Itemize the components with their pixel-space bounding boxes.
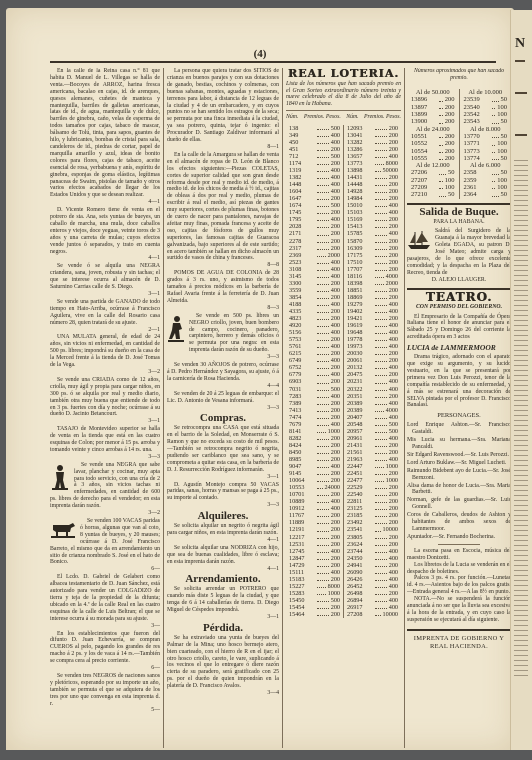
header-num: Núm.	[346, 114, 358, 121]
prize-amount: 200	[389, 491, 398, 498]
ticket-number: 27208	[347, 611, 373, 618]
leader-dots	[439, 96, 443, 101]
lottery-title: REAL LOTERIA.	[286, 71, 401, 78]
lottery-row: 10889400	[289, 498, 340, 505]
prize-amount: 400	[331, 301, 340, 308]
ticket-number: 22477	[347, 477, 373, 484]
ticket-number: 2278	[289, 238, 315, 245]
ticket-number: 21561	[347, 449, 373, 456]
prize-amount: 200	[389, 505, 398, 512]
prize-amount: 500	[331, 597, 340, 604]
ticket-number: 11889	[289, 519, 315, 526]
lottery-row: 2317200	[289, 245, 340, 252]
prize-amount: 10000	[383, 526, 398, 533]
approx-row: 2353950	[464, 96, 508, 103]
leader-dots	[375, 576, 387, 581]
ticket-number: 8424	[289, 442, 315, 449]
lottery-row: 11767200	[289, 512, 340, 519]
prize-amount: 400	[331, 216, 340, 223]
lottery-row: 7389200	[289, 400, 340, 407]
lottery-row: 14729200	[289, 562, 340, 569]
leader-dots	[375, 505, 387, 510]
alquileres-title: Alquileres.	[167, 513, 279, 520]
prize-amount: 200	[331, 541, 340, 548]
lottery-row: 6752200	[289, 364, 340, 371]
prize-amount: 500	[331, 386, 340, 393]
prize-amount: 50	[501, 96, 508, 103]
ticket-number: 23541	[347, 526, 373, 533]
classified-ad: Se solicita alquilar una NODRIZA con hij…	[167, 545, 279, 573]
ticket-number: 7474	[289, 414, 315, 421]
prize-amount: 100	[497, 177, 507, 184]
header-premios: Premios. Pesos.	[364, 114, 401, 121]
lottery-row: 15464200	[289, 611, 340, 618]
leader-dots	[317, 223, 329, 228]
leader-dots	[375, 357, 387, 362]
lottery-row: 183982000	[347, 280, 398, 287]
prize-amount: 50	[448, 169, 455, 176]
lottery-row: 23805200	[347, 534, 398, 541]
prize-amount: 400	[389, 322, 398, 329]
ad-code: 3—3	[167, 405, 279, 412]
lottery-row: 11889200	[289, 519, 340, 526]
leader-dots	[317, 569, 329, 574]
ticket-number: 27209	[411, 184, 437, 191]
classified-ad: TASAJO de Montevideo superior se halla d…	[50, 426, 160, 461]
prize-amount: 2000	[386, 280, 398, 287]
lottery-row: 8450200	[289, 449, 340, 456]
ticket-number: 23542	[464, 111, 490, 118]
lottery-row: 1795400	[289, 216, 340, 223]
prize-amount: 400	[331, 498, 340, 505]
prize-amount: 200	[331, 350, 340, 357]
ticket-number: 12745	[289, 548, 315, 555]
classified-ad: Se venden tres NEGROS de naciones sanos …	[50, 673, 160, 714]
lottery-row: 20407400	[347, 414, 398, 421]
ticket-number: 7413	[289, 407, 315, 414]
ticket-number: 19648	[347, 329, 373, 336]
leader-dots	[317, 209, 329, 214]
lottery-row: 8282200	[289, 435, 340, 442]
leader-dots	[375, 449, 387, 454]
prize-amount: 200	[389, 393, 398, 400]
column-announcements: Números aproximados que han sacado premi…	[407, 68, 511, 753]
lottery-row: 1604400	[289, 188, 340, 195]
leader-dots	[375, 301, 387, 306]
leader-dots	[492, 169, 499, 174]
ticket-number: 26452	[347, 583, 373, 590]
approx-row: 13897200	[411, 104, 455, 111]
leader-dots	[317, 343, 329, 348]
short-rule	[438, 544, 480, 545]
ticket-number: 13773	[464, 148, 490, 155]
ad-code: 8—8	[167, 262, 279, 269]
lottery-row: 20132400	[347, 364, 398, 371]
lottery-row: 5156400	[289, 329, 340, 336]
leader-dots	[375, 322, 387, 327]
leader-dots	[439, 140, 443, 145]
ticket-number: 15103	[347, 209, 373, 216]
ticket-number: 8282	[289, 435, 315, 442]
leader-dots	[317, 364, 329, 369]
ticket-number: 9145	[289, 470, 315, 477]
lottery-row: 18851200	[347, 287, 398, 294]
lottery-row: 23492200	[347, 519, 398, 526]
leader-dots	[375, 273, 384, 278]
lottery-row: 19973400	[347, 343, 398, 350]
lottery-row: 12093200	[347, 125, 398, 132]
lottery-row: 17175200	[347, 252, 398, 259]
ad-code: 3—4	[167, 690, 279, 697]
classified-ad: Se solicita arrendar un POTRERO que cuan…	[167, 586, 279, 621]
prize-amount: 400	[331, 266, 340, 273]
leader-dots	[375, 569, 387, 574]
lottery-row: 22540200	[347, 491, 398, 498]
leader-dots	[375, 350, 387, 355]
prize-amount: 200	[331, 442, 340, 449]
ticket-number: 1745	[289, 209, 315, 216]
prize-amount: 200	[331, 456, 340, 463]
leader-dots	[317, 132, 329, 137]
ticket-number: 21431	[347, 442, 373, 449]
page-number: (4)	[6, 48, 514, 60]
ticket-number: 19619	[347, 322, 373, 329]
leader-dots	[492, 104, 496, 109]
ad-code: 3—	[50, 623, 160, 630]
teatro-libretos: Los libretos de la Lucia se venderán en …	[407, 562, 511, 576]
ad-code: 3—3	[167, 502, 279, 509]
lottery-row: 3559400	[289, 287, 340, 294]
prize-amount: 200	[389, 315, 398, 322]
leader-dots	[317, 463, 329, 468]
prize-amount: 400	[331, 139, 340, 146]
ticket-number: 138	[289, 125, 315, 132]
leader-dots	[375, 456, 387, 461]
lottery-row: 7283400	[289, 393, 340, 400]
lottery-row: 1448400	[289, 181, 340, 188]
prize-amount: 4000	[386, 273, 398, 280]
ticket-number: 2028	[289, 223, 315, 230]
prize-amount: 200	[331, 364, 340, 371]
prize-amount: 400	[389, 336, 398, 343]
ticket-number: 22451	[347, 470, 373, 477]
lottery-row: 1382400	[289, 174, 340, 181]
prize-amount: 400	[389, 308, 398, 315]
lottery-row: 450400	[289, 139, 340, 146]
ticket-number: 23805	[347, 534, 373, 541]
lottery-row: 20957500	[347, 428, 398, 435]
prize-amount: 200	[445, 155, 455, 162]
prize-amount: 200	[389, 252, 398, 259]
ticket-number: 14729	[289, 562, 315, 569]
leader-dots	[317, 139, 329, 144]
prize-amount: 200	[389, 132, 398, 139]
prize-amount: 200	[389, 238, 398, 245]
classified-ad: El Lcdo. D. Gabriel de Gelabert como alb…	[50, 574, 160, 629]
leader-dots	[317, 174, 329, 179]
approx-heading: Al de 12.000	[411, 162, 455, 169]
ticket-number: 3300	[289, 280, 315, 287]
ticket-number: 15169	[347, 216, 373, 223]
approx-table: Al de 50.0001389620013897200138992001390…	[407, 89, 511, 198]
approx-row: 2359100	[464, 177, 508, 184]
leader-dots	[375, 463, 384, 468]
leader-dots	[375, 378, 387, 383]
prize-amount: 400	[389, 583, 398, 590]
leader-dots	[317, 245, 329, 250]
prize-amount: 200	[389, 266, 398, 273]
prize-amount: 1000	[386, 477, 398, 484]
leader-dots	[375, 308, 387, 313]
leader-dots	[375, 548, 387, 553]
ticket-number: 23539	[464, 96, 490, 103]
leader-dots	[492, 96, 499, 101]
ticket-number: 13286	[347, 146, 373, 153]
opera-title: LUCIA de LAMMERMOOR	[407, 343, 511, 352]
leader-dots	[317, 597, 329, 602]
prize-amount: 200	[331, 209, 340, 216]
leader-dots	[317, 181, 329, 186]
prize-amount: 200	[331, 294, 340, 301]
ticket-number: 20132	[347, 364, 373, 371]
lottery-row: 6903200	[289, 378, 340, 385]
lottery-row: 19402400	[347, 308, 398, 315]
approx-title: Números aproximados que han sacado premi…	[407, 68, 511, 81]
ad-code: 5—	[50, 707, 160, 714]
prize-amount: 200	[389, 371, 398, 378]
lottery-row: 14431200	[347, 174, 398, 181]
leader-dots	[492, 133, 499, 138]
lottery-row: 20548500	[347, 421, 398, 428]
prize-amount: 200	[445, 140, 455, 147]
prize-amount: 200	[445, 111, 455, 118]
prize-amount: 400	[389, 153, 398, 160]
prize-amount: 200	[331, 491, 340, 498]
prize-amount: 200	[331, 230, 340, 237]
ticket-number: 2171	[289, 230, 315, 237]
leader-dots	[375, 400, 387, 405]
imprint: IMPRENTA DE GOBIERNO Y REAL HACIENDA.	[407, 635, 511, 651]
prize-amount: 50	[501, 118, 508, 125]
lottery-row: 12847200	[289, 555, 340, 562]
ticket-number: 18398	[347, 280, 373, 287]
prize-amount: 500	[331, 202, 340, 209]
lottery-row: 22451200	[347, 470, 398, 477]
leader-dots	[375, 259, 387, 264]
leader-dots	[317, 541, 329, 546]
ticket-number: 3145	[289, 273, 315, 280]
personajes-list: Lord Enrique Ashton.—Sr. Francisco Gasta…	[407, 422, 511, 541]
prize-amount: 50	[501, 155, 508, 162]
lottery-row: 19778400	[347, 336, 398, 343]
prize-amount: 200	[331, 280, 340, 287]
ticket-number: 14431	[347, 174, 373, 181]
leader-dots	[317, 259, 329, 264]
approx-row: 27209100	[411, 184, 455, 191]
approx-heading: Al de 6.000	[464, 162, 508, 169]
prize-amount: 400	[389, 364, 398, 371]
leader-dots	[317, 590, 326, 595]
ticket-number: 14448	[347, 181, 373, 188]
approx-row: 23540100	[464, 104, 508, 111]
ticket-number: 5753	[289, 336, 315, 343]
prize-amount: 400	[331, 569, 340, 576]
lottery-row: 15454200	[289, 604, 340, 611]
lottery-row: 3145400	[289, 273, 340, 280]
teatro-intro: El Empresario de la Compañía de Ópera It…	[407, 314, 511, 342]
cast-member: Apuntador.—Sr. Fernando Bocherina.	[407, 534, 511, 541]
prize-amount: 100	[445, 177, 455, 184]
lottery-row: 14984200	[347, 195, 398, 202]
prize-amount: 200	[331, 562, 340, 569]
ticket-number: 15785	[347, 230, 373, 237]
leader-dots	[375, 414, 387, 419]
leader-dots	[492, 118, 499, 123]
prize-amount: 400	[331, 181, 340, 188]
prize-amount: 100	[497, 104, 507, 111]
leader-dots	[375, 498, 387, 503]
ticket-number: 13899	[411, 111, 437, 118]
classified-ad: En la calle de la Reina casa n.° 81 que …	[50, 68, 160, 206]
prize-amount: 400	[389, 414, 398, 421]
ad-code: 4—1	[50, 199, 160, 206]
prize-amount: 8000	[328, 583, 340, 590]
prize-amount: 4000	[386, 407, 398, 414]
ticket-number: 15227	[289, 583, 315, 590]
leader-dots	[317, 322, 329, 327]
leader-dots	[317, 216, 329, 221]
lottery-row: 2523400	[289, 259, 340, 266]
ticket-number: 13900	[411, 118, 437, 125]
lottery-row: 1319400	[289, 167, 340, 174]
cast-member: Alisa dama de honor de Lucia.—Sra. Marta…	[407, 483, 511, 497]
column-divider	[282, 68, 283, 748]
leader-dots	[375, 562, 387, 567]
ad-code: 3—1	[50, 418, 160, 425]
prize-amount: 500	[389, 421, 398, 428]
leader-dots	[375, 125, 387, 130]
adjacent-rule	[515, 60, 525, 62]
prize-amount: 400	[389, 597, 398, 604]
classified-ad: D. Agustín Montejo compra 50 VACAS parid…	[167, 482, 279, 510]
prize-amount: 200	[331, 512, 340, 519]
ticket-number: 20231	[347, 378, 373, 385]
perdida-title: Pérdida.	[167, 625, 279, 632]
ticket-number: 1674	[289, 202, 315, 209]
classified-ad: UNA MULATA general, de edad de 24 años, …	[50, 334, 160, 375]
prize-amount: 200	[331, 576, 340, 583]
leader-dots	[375, 280, 384, 285]
lottery-row: 1647200	[289, 195, 340, 202]
column-classifieds-2: La persona que quiera tratar dos SITIOS …	[167, 68, 279, 753]
prize-amount: 500	[331, 153, 340, 160]
ticket-number: 451	[289, 146, 315, 153]
prize-amount: 8000	[386, 160, 398, 167]
prize-amount: 200	[389, 125, 398, 132]
ticket-number: 15464	[289, 611, 315, 618]
teatro-nota: NOTA.—No se suspenderá la función anunci…	[407, 596, 511, 624]
lottery-row: 152831000	[289, 590, 340, 597]
approx-row: 2354350	[464, 118, 508, 125]
leader-dots	[492, 155, 499, 160]
lottery-row: 81411000	[289, 428, 340, 435]
lottery-row: 18869200	[347, 294, 398, 301]
leader-dots	[317, 449, 329, 454]
leader-dots	[317, 146, 329, 151]
lottery-row: 8985200	[289, 456, 340, 463]
leader-dots	[317, 534, 329, 539]
ticket-number: 2369	[289, 252, 315, 259]
prize-amount: 200	[331, 407, 340, 414]
ticket-number: 349	[289, 132, 315, 139]
ad-code: 8—1	[167, 144, 279, 151]
leader-dots	[375, 167, 381, 172]
ticket-number: 10552	[411, 140, 437, 147]
lottery-row: 6779400	[289, 371, 340, 378]
ticket-number: 17707	[347, 266, 373, 273]
leader-dots	[375, 611, 381, 616]
leader-dots	[375, 238, 387, 243]
ticket-number: 13773	[347, 160, 373, 167]
ticket-number: 14984	[347, 195, 373, 202]
ticket-number: 15870	[347, 238, 373, 245]
lottery-row: 14448200	[347, 181, 398, 188]
lottery-row: 24941200	[347, 562, 398, 569]
leader-dots	[317, 470, 329, 475]
lottery-row: 23624200	[347, 541, 398, 548]
lottery-row: 138500	[289, 125, 340, 132]
prize-amount: 400	[389, 435, 398, 442]
ticket-number: 1647	[289, 195, 315, 202]
ticket-number: 2361	[464, 184, 490, 191]
header-premios: Premios. Pesos.	[304, 114, 341, 121]
ticket-number: 26498	[347, 590, 373, 597]
lottery-column-headers: Núm. Premios. Pesos. Núm. Premios. Pesos…	[286, 114, 401, 121]
ticket-number: 4920	[289, 322, 315, 329]
prize-amount: 400	[331, 259, 340, 266]
leader-dots	[317, 301, 329, 306]
ticket-number: 10889	[289, 498, 315, 505]
ticket-number: 26917	[347, 604, 373, 611]
column-lottery: REAL LOTERIA. Lista de los números que h…	[286, 68, 401, 753]
ticket-number: 2317	[289, 245, 315, 252]
ticket-number: 23492	[347, 519, 373, 526]
ticket-number: 13282	[347, 139, 373, 146]
leader-dots	[317, 421, 329, 426]
ticket-number: 1795	[289, 216, 315, 223]
lottery-row: 20061200	[347, 357, 398, 364]
prize-amount: 200	[389, 519, 398, 526]
prize-amount: 200	[331, 400, 340, 407]
leader-dots	[439, 133, 443, 138]
ticket-number: 4335	[289, 308, 315, 315]
leader-dots	[375, 202, 387, 207]
leader-dots	[317, 329, 329, 334]
leader-dots	[317, 611, 329, 616]
prize-amount: 200	[389, 174, 398, 181]
approx-row: 2721050	[411, 191, 455, 198]
ticket-number: 12847	[289, 555, 315, 562]
lottery-row: 13282200	[347, 139, 398, 146]
lottery-row: 24350400	[347, 555, 398, 562]
ticket-number: 12191	[289, 526, 315, 533]
prize-amount: 50	[501, 169, 508, 176]
prize-amount: 200	[331, 160, 340, 167]
header-num: Núm.	[286, 114, 298, 121]
lottery-row: 1745200	[289, 209, 340, 216]
leader-dots	[317, 414, 329, 419]
ticket-number: 26426	[347, 576, 373, 583]
